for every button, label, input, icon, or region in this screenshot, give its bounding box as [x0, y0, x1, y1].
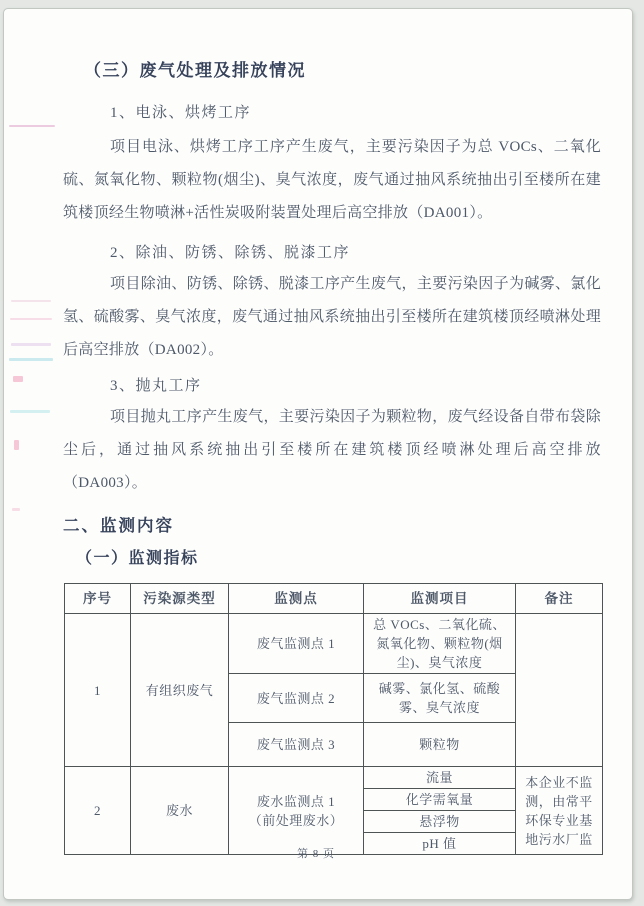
cell-gas-point-3: 废气监测点 3 [229, 723, 364, 767]
scan-artifact [13, 376, 23, 382]
scan-artifact [9, 125, 55, 127]
section-heading-waste-gas-treatment: （三）废气处理及排放情况 [84, 58, 306, 84]
scan-artifact [12, 508, 20, 511]
scan-artifact [11, 343, 51, 346]
col-header-seq: 序号 [65, 584, 131, 614]
cell-source-organized-gas: 有组织废气 [131, 614, 229, 767]
cell-seq-2: 2 [65, 767, 131, 855]
page-number: 第 8 页 [0, 845, 632, 861]
scan-artifact [11, 300, 51, 302]
col-header-monitoring-point: 监测点 [229, 584, 364, 614]
paragraph-degreasing-derusting: 项目除油、防锈、除锈、脱漆工序产生废气，主要污染因子为碱雾、氯化氢、硫酸雾、臭气… [63, 268, 601, 367]
table-header-row: 序号 污染源类型 监测点 监测项目 备注 [65, 584, 603, 614]
col-header-remark: 备注 [516, 584, 603, 614]
col-header-monitoring-items: 监测项目 [364, 584, 516, 614]
cell-item-cod: 化学需氧量 [364, 789, 516, 811]
scan-artifact [9, 358, 53, 361]
cell-gas-point-2-items: 碱雾、氯化氢、硫酸雾、臭气浓度 [364, 674, 516, 723]
cell-remark-row-2: 本企业不监测，由常平环保专业基地污水厂监 [516, 767, 603, 855]
subsection-title-shot-blasting: 3、抛丸工序 [110, 375, 202, 397]
paragraph-electrophoresis-baking: 项目电泳、烘烤工序工序产生废气，主要污染因子为总 VOCs、二氧化硫、氮氧化物、… [63, 131, 601, 230]
cell-gas-point-1-items: 总 VOCs、二氧化硫、氮氧化物、颗粒物(烟尘)、臭气浓度 [364, 614, 516, 674]
section-heading-monitoring-content: 二、监测内容 [63, 514, 174, 538]
subsection-heading-monitoring-indicators: （一）监测指标 [76, 547, 199, 571]
cell-gas-point-1: 废气监测点 1 [229, 614, 364, 674]
scanned-document: （三）废气处理及排放情况 1、电泳、烘烤工序 项目电泳、烘烤工序工序产生废气，主… [0, 0, 644, 906]
cell-seq-1: 1 [65, 614, 131, 767]
cell-item-suspended-solids: 悬浮物 [364, 811, 516, 833]
subsection-title-electrophoresis-baking: 1、电泳、烘烤工序 [110, 102, 251, 124]
wastewater-point-line-2: （前处理废水） [233, 811, 359, 830]
subsection-title-degreasing-derusting: 2、除油、防锈、除锈、脱漆工序 [110, 242, 350, 264]
wastewater-point-line-1: 废水监测点 1 [233, 792, 359, 811]
table-row: 1 有组织废气 废气监测点 1 总 VOCs、二氧化硫、氮氧化物、颗粒物(烟尘)… [65, 614, 603, 674]
scan-artifact [14, 440, 19, 450]
table-row: 2 废水 废水监测点 1 （前处理废水） 流量 本企业不监测，由常平环保专业基地… [65, 767, 603, 789]
col-header-pollution-source-type: 污染源类型 [131, 584, 229, 614]
scan-artifact [10, 318, 52, 320]
monitoring-indicators-table: 序号 污染源类型 监测点 监测项目 备注 1 有组织废气 废气监测点 1 总 V… [64, 583, 603, 855]
cell-remark-row-1 [516, 614, 603, 767]
cell-wastewater-point-1: 废水监测点 1 （前处理废水） [229, 767, 364, 855]
scan-artifact [10, 410, 50, 413]
paragraph-shot-blasting: 项目抛丸工序产生废气，主要污染因子为颗粒物，废气经设备自带布袋除尘后，通过抽风系… [63, 401, 601, 500]
cell-source-wastewater: 废水 [131, 767, 229, 855]
cell-gas-point-2: 废气监测点 2 [229, 674, 364, 723]
cell-gas-point-3-items: 颗粒物 [364, 723, 516, 767]
cell-item-flow: 流量 [364, 767, 516, 789]
